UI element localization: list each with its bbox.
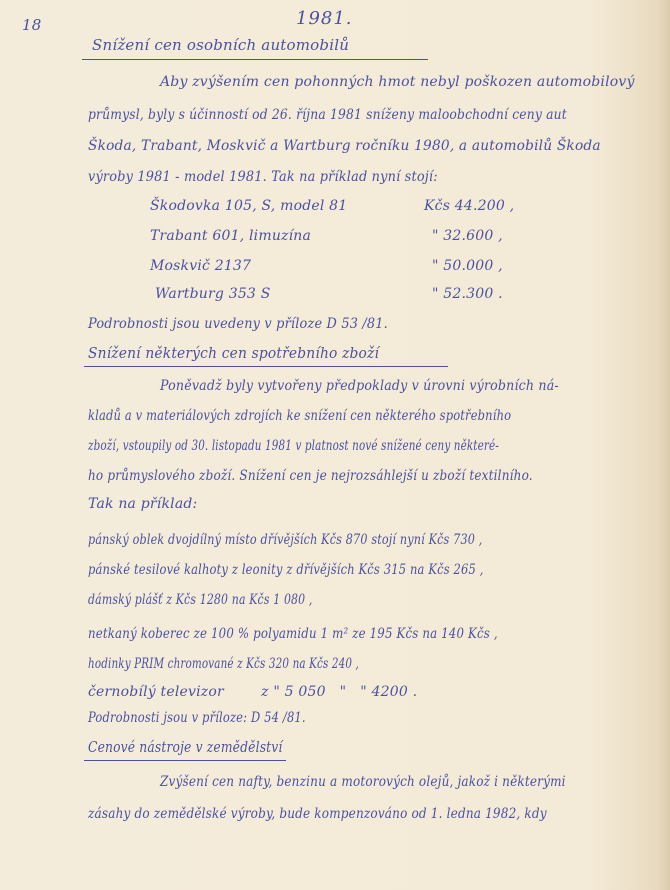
section-1-closing: Podrobnosti jsou uvedeny v příloze D 53 … [88, 316, 388, 332]
price-item-name: Škodovka 105, S, model 81 [150, 198, 347, 214]
section-1-underline [82, 59, 428, 60]
section-1-line-2: průmysl, byly s účinností od 26. října 1… [88, 107, 567, 123]
section-3-underline [84, 760, 286, 761]
example-line: hodinky PRIM chromované z Kčs 320 na Kčs… [88, 656, 359, 672]
section-2-line-3: zboží, vstoupily od 30. listopadu 1981 v… [88, 438, 499, 454]
section-2-line-5: Tak na příklad: [88, 496, 197, 512]
document-page: 18 1981. Snížení cen osobních automobilů… [0, 0, 670, 890]
section-2-heading: Snížení některých cen spotřebního zboží [88, 344, 379, 362]
section-1-line-4: výroby 1981 - model 1981. Tak na příklad… [88, 169, 438, 185]
example-line: netkaný koberec ze 100 % polyamidu 1 m² … [88, 626, 498, 642]
section-3-line-1: Zvýšení cen nafty, benzinu a motorových … [160, 774, 566, 790]
page-edge-shadow [656, 0, 670, 890]
price-item-value: " 32.600 , [432, 228, 503, 244]
page-number: 18 [22, 16, 42, 34]
section-2-underline [84, 366, 448, 367]
section-2-line-2: kladů a v materiálových zdrojích ke sníž… [88, 408, 511, 424]
example-line: černobílý televizor z " 5 050 " " 4200 . [88, 684, 417, 700]
section-1-line-3: Škoda, Trabant, Moskvič a Wartburg roční… [88, 138, 601, 154]
price-item-name: Moskvič 2137 [150, 258, 251, 274]
section-3-heading: Cenové nástroje v zemědělství [88, 738, 282, 756]
price-item-name: Trabant 601, limuzína [150, 228, 311, 244]
example-line: pánské tesilové kalhoty z leonity z dřív… [88, 562, 484, 578]
section-2-line-4: ho průmyslového zboží. Snížení cen je ne… [88, 468, 533, 484]
page-year-title: 1981. [296, 8, 353, 29]
section-3-line-2: zásahy do zemědělské výroby, bude kompen… [88, 806, 547, 822]
price-item-value: Kčs 44.200 , [424, 198, 514, 214]
section-1-line-1: Aby zvýšením cen pohonných hmot nebyl po… [160, 74, 635, 90]
price-item-value: " 50.000 , [432, 258, 503, 274]
price-item-value: " 52.300 . [432, 286, 503, 302]
example-line: dámský plášť z Kčs 1280 na Kčs 1 080 , [88, 592, 313, 608]
section-1-heading: Snížení cen osobních automobilů [92, 36, 349, 54]
section-2-closing: Podrobnosti jsou v příloze: D 54 /81. [88, 710, 306, 726]
price-item-name: Wartburg 353 S [155, 286, 270, 302]
section-2-line-1: Poněvadž byly vytvořeny předpoklady v úr… [160, 378, 559, 394]
example-line: pánský oblek dvojdílný místo dřívějších … [88, 532, 482, 548]
